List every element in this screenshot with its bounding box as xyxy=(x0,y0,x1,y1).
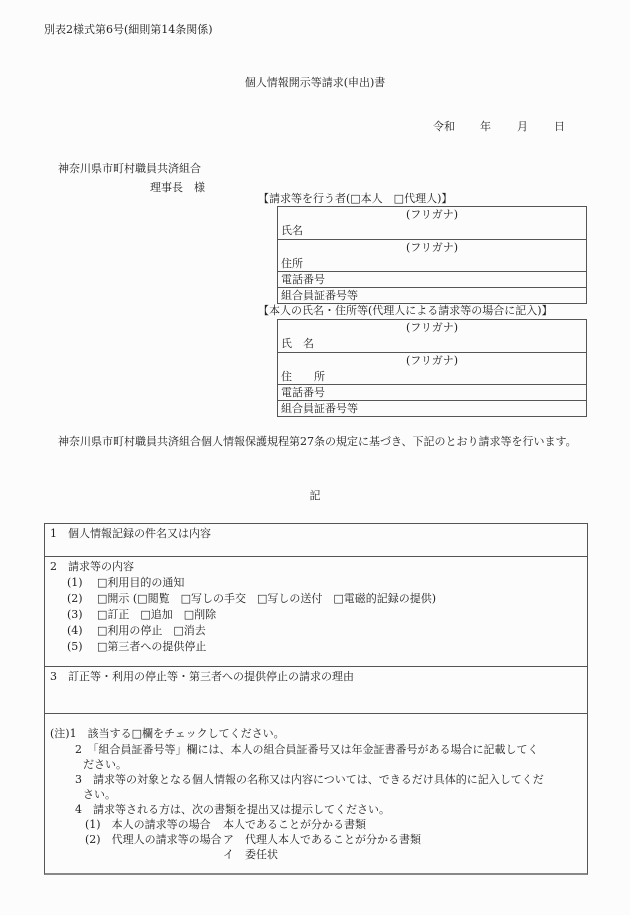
addressee-org: 神奈川県市町村職員共済組合 xyxy=(58,161,201,176)
requester-phone-row[interactable]: 電話番号 xyxy=(278,271,586,287)
note-4-2-doc-a: ア 代理人本人であることが分かる書類 xyxy=(223,832,421,847)
document-title: 個人情報開示等請求(申出)書 xyxy=(0,75,630,90)
option-1-num: (1) xyxy=(67,575,83,590)
name-label: 氏 名 xyxy=(281,336,314,351)
option-correction-checkbox[interactable]: □訂正 □追加 □削除 xyxy=(97,607,216,622)
form-number: 別表2様式第6号(細則第14条関係) xyxy=(44,22,213,37)
addressee-title: 理事長 様 xyxy=(150,180,205,195)
note-1: (注)1 該当する□欄をチェックしてください。 xyxy=(50,726,285,741)
note-3-cont: さい。 xyxy=(83,787,116,802)
requester-address-row[interactable]: (フリガナ) 住所 xyxy=(278,239,586,271)
option-2-num: (2) xyxy=(67,591,83,606)
date-month: 月 xyxy=(517,119,554,134)
request-details-table: 1 個人情報記録の件名又は内容 2 請求等の内容 (1) □利用目的の通知 (2… xyxy=(44,523,588,875)
note-4-2-label: (2) 代理人の請求等の場合 xyxy=(85,832,222,847)
date-line: 令和年月日 xyxy=(433,119,565,134)
member-number-label: 組合員証番号等 xyxy=(281,401,358,416)
section3-label: 3 訂正等・利用の停止等・第三者への提供停止の請求の理由 xyxy=(50,669,354,684)
date-era: 令和 xyxy=(433,119,480,134)
principal-name-row[interactable]: (フリガナ) 氏 名 xyxy=(278,320,586,352)
principal-heading: 【本人の氏名・住所等(代理人による請求等の場合に記入)】 xyxy=(258,303,553,318)
option-third-party-checkbox[interactable]: □第三者への提供停止 xyxy=(97,639,206,654)
section1-label: 1 個人情報記録の件名又は内容 xyxy=(50,526,211,541)
name-label: 氏名 xyxy=(281,223,303,238)
requester-name-row[interactable]: (フリガナ) 氏名 xyxy=(278,207,586,239)
address-label: 住 所 xyxy=(281,369,325,384)
date-day: 日 xyxy=(554,119,565,134)
phone-label: 電話番号 xyxy=(281,385,325,400)
section-reason[interactable]: 3 訂正等・利用の停止等・第三者への提供停止の請求の理由 xyxy=(45,666,587,713)
note-2-cont: ださい。 xyxy=(83,757,127,772)
note-3: 3 請求等の対象となる個人情報の名称又は内容については、できるだけ具体的に記入し… xyxy=(75,772,544,787)
principal-member-number-row[interactable]: 組合員証番号等 xyxy=(278,400,586,416)
member-number-label: 組合員証番号等 xyxy=(281,288,358,303)
option-3-num: (3) xyxy=(67,607,83,622)
section-notes: (注)1 該当する□欄をチェックしてください。 2 「組合員証番号等」欄には、本… xyxy=(45,713,587,873)
furigana-label: (フリガナ) xyxy=(278,320,586,335)
requester-heading: 【請求等を行う者(□本人 □代理人)】 xyxy=(258,191,452,206)
furigana-label: (フリガナ) xyxy=(278,207,586,222)
address-label: 住所 xyxy=(281,256,303,271)
option-disclosure-checkbox[interactable]: □開示 (□閲覧 □写しの手交 □写しの送付 □電磁的記録の提供) xyxy=(97,591,436,606)
date-year: 年 xyxy=(480,119,517,134)
phone-label: 電話番号 xyxy=(281,272,325,287)
option-4-num: (4) xyxy=(67,623,83,638)
section2-label: 2 請求等の内容 xyxy=(50,559,134,574)
furigana-label: (フリガナ) xyxy=(278,240,586,255)
note-4: 4 請求等される方は、次の書類を提出又は提示してください。 xyxy=(75,802,390,817)
option-purpose-notice-checkbox[interactable]: □利用目的の通知 xyxy=(97,575,184,590)
furigana-label: (フリガナ) xyxy=(278,353,586,368)
requester-table: (フリガナ) 氏名 (フリガナ) 住所 電話番号 組合員証番号等 xyxy=(277,206,587,304)
ki-heading: 記 xyxy=(0,488,630,503)
section-record-name[interactable]: 1 個人情報記録の件名又は内容 xyxy=(45,524,587,556)
request-statement: 神奈川県市町村職員共済組合個人情報保護規程第27条の規定に基づき、下記のとおり請… xyxy=(44,432,589,452)
note-4-1-doc: 本人であることが分かる書類 xyxy=(223,817,366,832)
note-4-2-doc-b: イ 委任状 xyxy=(223,847,278,862)
note-4-1-label: (1) 本人の請求等の場合 xyxy=(85,817,211,832)
option-suspension-checkbox[interactable]: □利用の停止 □消去 xyxy=(97,623,206,638)
requester-member-number-row[interactable]: 組合員証番号等 xyxy=(278,287,586,303)
option-5-num: (5) xyxy=(67,639,83,654)
principal-phone-row[interactable]: 電話番号 xyxy=(278,384,586,400)
principal-table: (フリガナ) 氏 名 (フリガナ) 住 所 電話番号 組合員証番号等 xyxy=(277,319,587,417)
note-2: 2 「組合員証番号等」欄には、本人の組合員証番号又は年金証書番号がある場合に記載… xyxy=(75,742,539,757)
principal-address-row[interactable]: (フリガナ) 住 所 xyxy=(278,352,586,384)
section-request-content: 2 請求等の内容 (1) □利用目的の通知 (2) □開示 (□閲覧 □写しの手… xyxy=(45,556,587,666)
